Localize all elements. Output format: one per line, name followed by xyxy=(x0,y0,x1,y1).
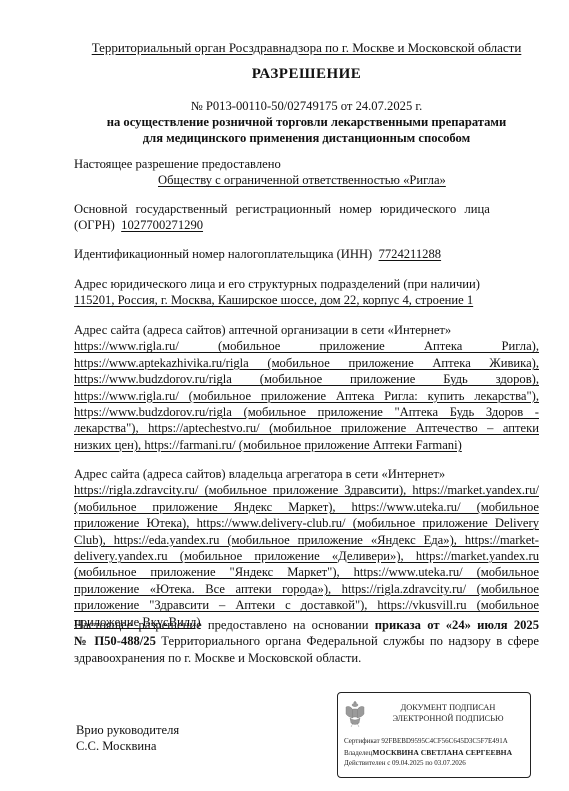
document-subject: на осуществление розничной торговли лека… xyxy=(74,114,539,147)
aggregator-site-line[interactable]: (мобильное приложение "Яндекс Маркет"), … xyxy=(74,564,539,580)
pharmacy-sites-label: Адрес сайта (адреса сайтов) аптечной орг… xyxy=(74,322,539,338)
basis-section: Настоящее разрешение предоставлено на ос… xyxy=(74,617,539,666)
stamp-owner: ВладелецМОСКВИНА СВЕТЛАНА СЕРГЕЕВНА xyxy=(344,748,512,758)
signer-position: Врио руководителя xyxy=(76,722,179,738)
pharmacy-site-line[interactable]: https://www.budzdorov.ru/rigla (мобильно… xyxy=(74,404,539,420)
inn-value: 7724211288 xyxy=(379,247,442,261)
aggregator-site-line[interactable]: delivery.yandex.ru (мобильное приложение… xyxy=(74,548,539,564)
pharmacy-site-line[interactable]: низких цен), https://farmani.ru/ (мобиль… xyxy=(74,437,539,453)
aggregator-sites-section: Адрес сайта (адреса сайтов) владельца аг… xyxy=(74,466,539,630)
aggregator-sites-label: Адрес сайта (адреса сайтов) владельца аг… xyxy=(74,466,539,482)
aggregator-site-line[interactable]: Club), https://eda.yandex.ru (мобильное … xyxy=(74,532,539,548)
basis-text-before: Настоящее разрешение предоставлено на ос… xyxy=(74,618,375,632)
inn-label: Идентификационный номер налогоплательщик… xyxy=(74,247,372,261)
ogrn-prefix: (ОГРН) xyxy=(74,218,115,232)
ogrn-section: Основной государственный регистрационный… xyxy=(74,201,539,234)
ogrn-label: Основной государственный регистрационный… xyxy=(74,201,539,217)
pharmacy-site-line[interactable]: https://www.rigla.ru/ (мобильное приложе… xyxy=(74,338,539,354)
grantee-label: Настоящее разрешение предоставлено xyxy=(74,156,539,172)
aggregator-site-line[interactable]: приложение "Здравсити – Аптеки с доставк… xyxy=(74,597,539,613)
pharmacy-sites-section: Адрес сайта (адреса сайтов) аптечной орг… xyxy=(74,322,539,453)
stamp-certificate: Сертификат 92FBEBD9595C4CF56C645D3C5F7E4… xyxy=(344,737,508,746)
signer-block: Врио руководителя С.С. Москвина xyxy=(76,722,179,754)
address-label: Адрес юридического лица и его структурны… xyxy=(74,276,539,292)
pharmacy-site-line[interactable]: https://www.budzdorov.ru/rigla (мобильно… xyxy=(74,371,539,387)
aggregator-site-line[interactable]: приложение «Ютека. Все аптеки города»), … xyxy=(74,581,539,597)
pharmacy-site-line[interactable]: лекарства"), https://aptechestvo.ru/ (мо… xyxy=(74,420,539,436)
aggregator-site-line[interactable]: приложение Ютека), https://www.delivery-… xyxy=(74,515,539,531)
coat-of-arms-icon xyxy=(344,699,366,729)
stamp-title-line-2: ЭЛЕКТРОННОЙ ПОДПИСЬЮ xyxy=(368,713,528,724)
subject-line-1: на осуществление розничной торговли лека… xyxy=(74,114,539,130)
grantee-company: Обществу с ограниченной ответственностью… xyxy=(74,172,539,188)
signer-name: С.С. Москвина xyxy=(76,738,179,754)
inn-section: Идентификационный номер налогоплательщик… xyxy=(74,246,539,262)
issuing-authority-text: Территориальный орган Росздравнадзора по… xyxy=(92,40,522,55)
aggregator-site-line[interactable]: (мобильное приложение Яндекс Маркет), ht… xyxy=(74,499,539,515)
address-value: 115201, Россия, г. Москва, Каширское шос… xyxy=(74,292,539,308)
stamp-title: ДОКУМЕНТ ПОДПИСАН ЭЛЕКТРОННОЙ ПОДПИСЬЮ xyxy=(368,702,528,724)
stamp-validity: Действителен с 09.04.2025 по 03.07.2026 xyxy=(344,759,466,768)
basis-order-number: № П50-488/25 xyxy=(74,634,156,648)
basis-text-after-2: здравоохранения по г. Москве и Московско… xyxy=(74,651,361,665)
document-number: № Р013-00110-50/02749175 от 24.07.2025 г… xyxy=(74,98,539,114)
pharmacy-site-line[interactable]: https://www.aptekazhivika.ru/rigla (моби… xyxy=(74,355,539,371)
document-title: РАЗРЕШЕНИЕ xyxy=(74,66,539,82)
certificate-value: 92FBEBD9595C4CF56C645D3C5F7E491A xyxy=(381,737,507,745)
owner-value: МОСКВИНА СВЕТЛАНА СЕРГЕЕВНА xyxy=(372,748,512,757)
aggregator-site-line[interactable]: https://rigla.zdravcity.ru/ (мобильное п… xyxy=(74,482,539,498)
issuing-authority: Территориальный орган Росздравнадзора по… xyxy=(74,40,539,56)
address-section: Адрес юридического лица и его структурны… xyxy=(74,276,539,309)
aggregator-sites-list: https://rigla.zdravcity.ru/ (мобильное п… xyxy=(74,482,539,630)
owner-label: Владелец xyxy=(344,749,372,757)
basis-text-after-1: Территориального органа Федеральной служ… xyxy=(156,634,539,648)
certificate-label: Сертификат xyxy=(344,737,380,745)
subject-line-2: для медицинского применения дистанционны… xyxy=(74,130,539,146)
stamp-title-line-1: ДОКУМЕНТ ПОДПИСАН xyxy=(368,702,528,713)
basis-order-date: приказа от «24» июля 2025 xyxy=(375,618,539,632)
grantee-section: Настоящее разрешение предоставлено Общес… xyxy=(74,156,539,189)
electronic-signature-stamp: ДОКУМЕНТ ПОДПИСАН ЭЛЕКТРОННОЙ ПОДПИСЬЮ С… xyxy=(337,692,531,778)
pharmacy-site-line[interactable]: https://www.rigla.ru/ (мобильное приложе… xyxy=(74,388,539,404)
pharmacy-sites-list: https://www.rigla.ru/ (мобильное приложе… xyxy=(74,338,539,453)
ogrn-value: 1027700271290 xyxy=(121,218,203,232)
